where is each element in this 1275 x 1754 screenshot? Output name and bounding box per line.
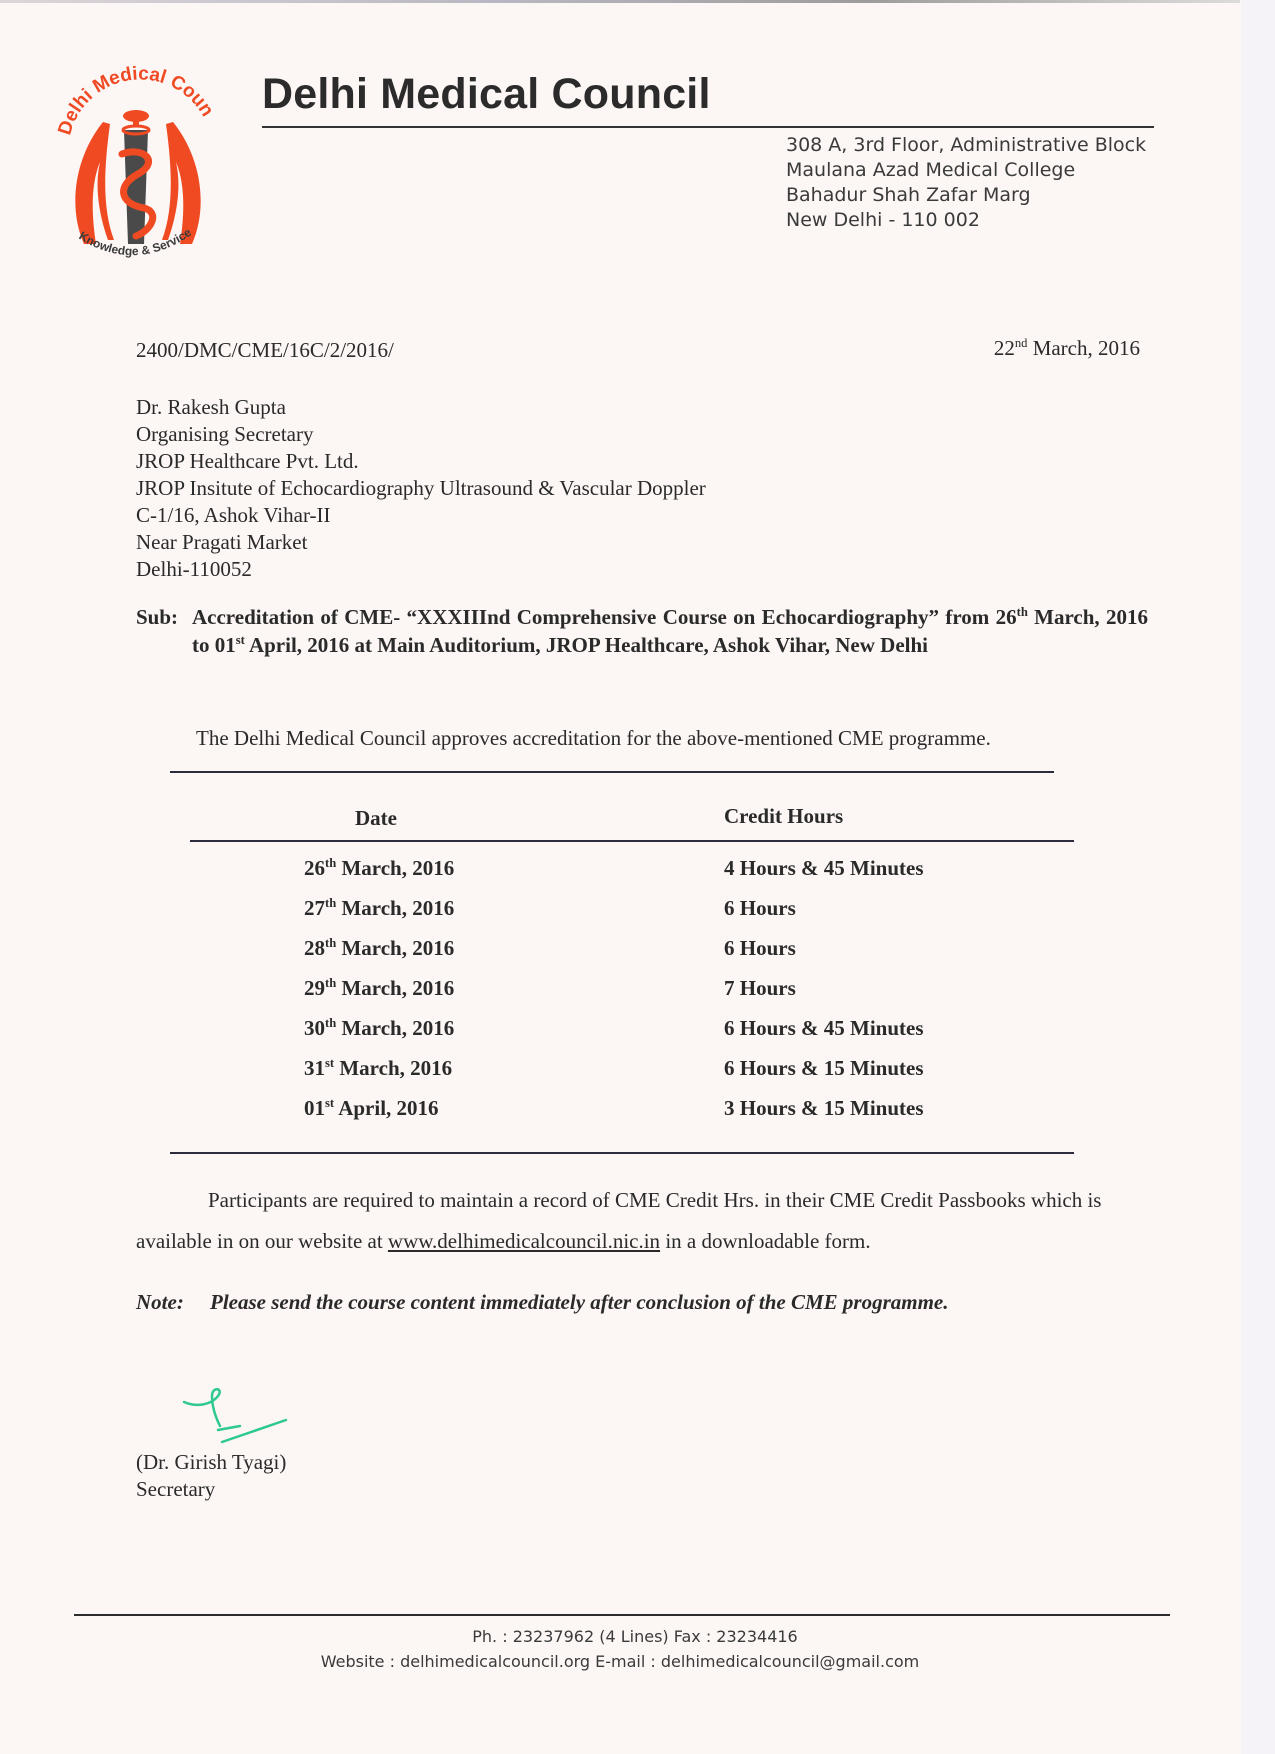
signatory-name: (Dr. Girish Tyagi) [136, 1449, 286, 1476]
table-row: 01st April, 20163 Hours & 15 Minutes [190, 1096, 1074, 1136]
date-suffix: th [325, 1016, 336, 1030]
date-day: 22 [994, 336, 1015, 360]
header-date: Date [355, 806, 397, 831]
recipient-line: JROP Insitute of Echocardiography Ultras… [136, 475, 706, 502]
address-line: Maulana Azad Medical College [786, 158, 1146, 183]
date-rest: March, 2016 [336, 856, 454, 880]
cell-credit-hours: 6 Hours & 15 Minutes [724, 1056, 924, 1081]
recipient-line: C-1/16, Ashok Vihar-II [136, 502, 706, 529]
date-day: 27 [304, 896, 325, 920]
cell-credit-hours: 3 Hours & 15 Minutes [724, 1096, 924, 1121]
subject-label: Sub: [136, 603, 178, 631]
date-rest: March, 2016 [334, 1056, 452, 1080]
cell-date: 31st March, 2016 [304, 1056, 452, 1081]
date-day: 31 [304, 1056, 325, 1080]
letter-date: 22nd March, 2016 [994, 336, 1140, 361]
cell-date: 28th March, 2016 [304, 936, 454, 961]
council-logo-icon: Delhi Medical Council Knowledge & Servic… [48, 58, 228, 288]
date-suffix: th [325, 976, 336, 990]
recipient-line: Organising Secretary [136, 421, 706, 448]
cell-date: 27th March, 2016 [304, 896, 454, 921]
cell-date: 26th March, 2016 [304, 856, 454, 881]
table-row: 28th March, 20166 Hours [190, 936, 1074, 976]
date-rest: March, 2016 [1027, 336, 1140, 360]
scan-edge-strip [1241, 0, 1275, 1754]
website-link[interactable]: www.delhimedicalcouncil.nic.in [388, 1229, 660, 1253]
cell-date: 30th March, 2016 [304, 1016, 454, 1041]
date-day: 29 [304, 976, 325, 1000]
address-line: Bahadur Shah Zafar Marg [786, 183, 1146, 208]
cell-credit-hours: 7 Hours [724, 976, 796, 1001]
subject-part: April, 2016 at Main Auditorium, JROP Hea… [245, 633, 928, 657]
recipient-line: Delhi-110052 [136, 556, 706, 583]
note: Note:Please send the course content imme… [136, 1290, 948, 1315]
date-suffix: th [325, 896, 336, 910]
date-rest: March, 2016 [336, 976, 454, 1000]
table-header: Date Credit Hours [190, 800, 1074, 840]
approval-statement: The Delhi Medical Council approves accre… [196, 726, 991, 751]
note-text: Please send the course content immediate… [210, 1290, 948, 1314]
footer-divider [74, 1614, 1170, 1616]
organization-address: 308 A, 3rd Floor, Administrative Block M… [786, 133, 1146, 233]
cell-credit-hours: 6 Hours [724, 936, 796, 961]
recipient-line: JROP Healthcare Pvt. Ltd. [136, 448, 706, 475]
footer-phone-fax: Ph. : 23237962 (4 Lines) Fax : 23234416 [0, 1624, 1240, 1649]
table-row: 31st March, 20166 Hours & 15 Minutes [190, 1056, 1074, 1096]
signatory: (Dr. Girish Tyagi) Secretary [136, 1449, 286, 1503]
signatory-title: Secretary [136, 1476, 286, 1503]
signature-icon [178, 1386, 298, 1446]
cell-credit-hours: 4 Hours & 45 Minutes [724, 856, 924, 881]
cell-date: 01st April, 2016 [304, 1096, 439, 1121]
date-day: 28 [304, 936, 325, 960]
date-day: 26 [304, 856, 325, 880]
scan-top-edge [0, 0, 1240, 3]
date-day: 30 [304, 1016, 325, 1040]
table-row: 29th March, 20167 Hours [190, 976, 1074, 1016]
table-body: 26th March, 20164 Hours & 45 Minutes27th… [190, 856, 1074, 1136]
subject-sup: th [1017, 605, 1028, 619]
cell-credit-hours: 6 Hours [724, 896, 796, 921]
date-rest: March, 2016 [336, 936, 454, 960]
note-label: Note: [136, 1290, 210, 1315]
subject-text: Accreditation of CME- “XXXIIInd Comprehe… [136, 603, 1148, 659]
address-line: New Delhi - 110 002 [786, 208, 1146, 233]
cell-date: 29th March, 2016 [304, 976, 454, 1001]
address-line: 308 A, 3rd Floor, Administrative Block [786, 133, 1146, 158]
footer-web-email: Website : delhimedicalcouncil.org E-mail… [0, 1649, 1240, 1674]
date-suffix: nd [1015, 336, 1028, 350]
organization-title: Delhi Medical Council [262, 70, 711, 119]
title-divider [262, 126, 1154, 128]
date-suffix: st [325, 1096, 334, 1110]
table-row: 30th March, 20166 Hours & 45 Minutes [190, 1016, 1074, 1056]
date-rest: April, 2016 [334, 1096, 438, 1120]
cell-credit-hours: 6 Hours & 45 Minutes [724, 1016, 924, 1041]
table-bottom-rule [170, 1152, 1074, 1154]
subject-sup: st [236, 633, 245, 647]
header-credit-hours: Credit Hours [724, 804, 843, 829]
header-rule [190, 840, 1074, 842]
recipient-line: Dr. Rakesh Gupta [136, 394, 706, 421]
date-rest: March, 2016 [336, 1016, 454, 1040]
subject-part: Accreditation of CME- “XXXIIInd Comprehe… [192, 605, 1017, 629]
date-suffix: th [325, 936, 336, 950]
recipient-block: Dr. Rakesh Gupta Organising Secretary JR… [136, 394, 706, 583]
date-suffix: st [325, 1056, 334, 1070]
table-top-rule [170, 771, 1054, 773]
footer-contact: Ph. : 23237962 (4 Lines) Fax : 23234416 … [0, 1624, 1240, 1674]
recipient-line: Near Pragati Market [136, 529, 706, 556]
date-rest: March, 2016 [336, 896, 454, 920]
subject-line: Sub: Accreditation of CME- “XXXIIInd Com… [136, 603, 1148, 659]
date-day: 01 [304, 1096, 325, 1120]
reference-number: 2400/DMC/CME/16C/2/2016/ [136, 338, 394, 363]
table-row: 27th March, 20166 Hours [190, 896, 1074, 936]
table-row: 26th March, 20164 Hours & 45 Minutes [190, 856, 1074, 896]
paragraph-text: in a downloadable form. [660, 1229, 871, 1253]
credit-hours-table: Date Credit Hours 26th March, 20164 Hour… [190, 800, 1074, 840]
date-suffix: th [325, 856, 336, 870]
passbook-paragraph: Participants are required to maintain a … [136, 1180, 1148, 1262]
